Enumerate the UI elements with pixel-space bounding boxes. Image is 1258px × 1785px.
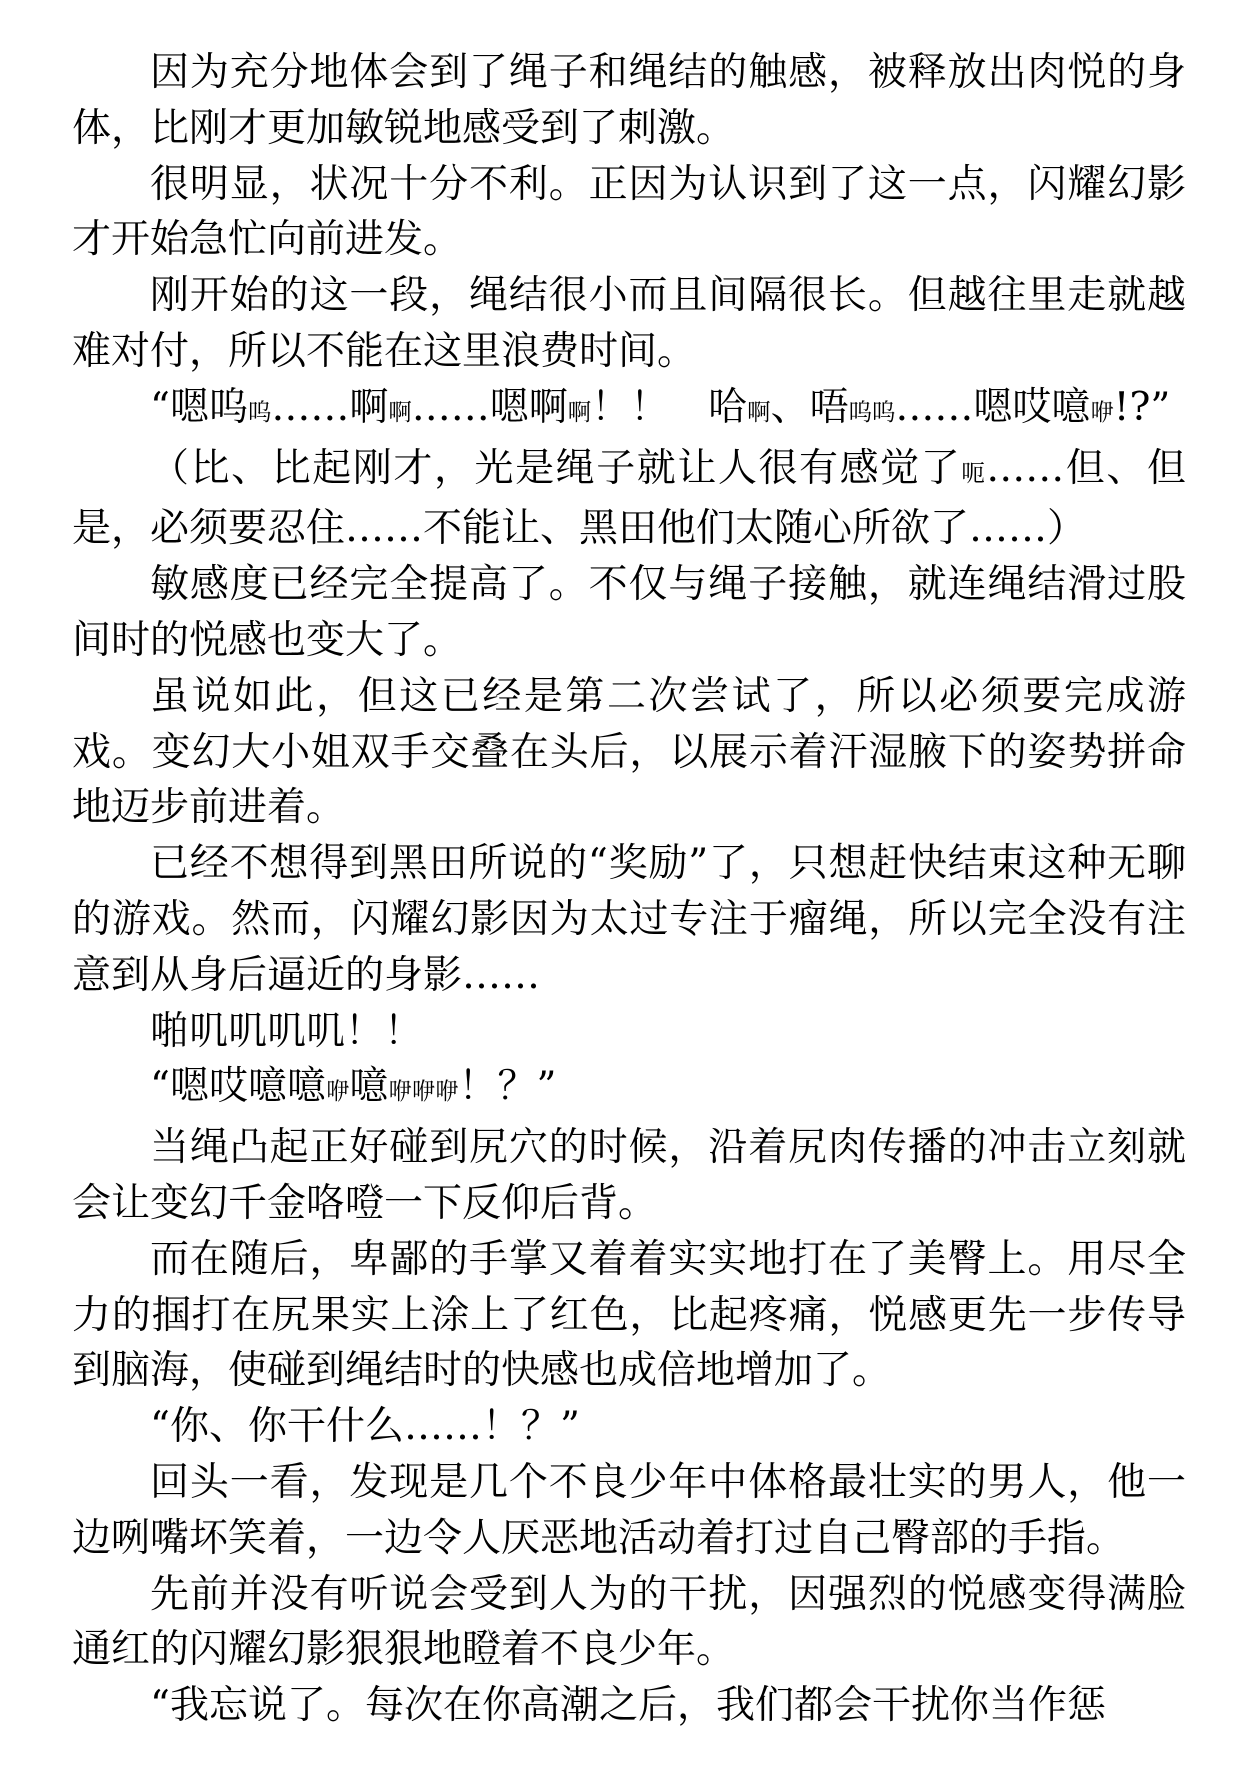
text-run: 因为充分地体会到了绳子和绳结的触感，被释放出肉悦的身体，比刚才更加敏锐地感受到了… [72,50,1186,151]
paragraph-narration: 虽说如此，但这已经是第二次尝试了，所以必须要完成游戏。变幻大小姐双手交叠在头后，… [72,669,1186,836]
text-run: ……嗯哎噫 [895,385,1090,430]
paragraph-dialogue: “嗯呜呜……啊啊……嗯啊啊！！ 哈啊、唔呜呜……嗯哎噫咿!?” [72,380,1186,441]
small-text-run: 呜 [248,398,271,426]
text-run: 先前并没有听说会受到人为的干扰，因强烈的悦感变得满脸通红的闪耀幻影狠狠地瞪着不良… [72,1572,1186,1673]
paragraph-narration: 很明显，状况十分不利。正因为认识到了这一点，闪耀幻影才开始急忙向前进发。 [72,157,1186,269]
novel-text-body: 因为充分地体会到了绳子和绳结的触感，被释放出肉悦的身体，比刚才更加敏锐地感受到了… [72,45,1186,1734]
text-run: 敏感度已经完全提高了。不仅与绳子接触，就连绳结滑过股间时的悦感也变大了。 [72,562,1186,663]
text-run: 刚开始的这一段，绳结很小而且间隔很长。但越往里走就越难对付，所以不能在这里浪费时… [72,273,1186,374]
text-run: ……嗯啊 [412,385,568,430]
text-run: “嗯哎噫噫 [150,1064,326,1109]
paragraph-narration: 先前并没有听说会受到人为的干扰，因强烈的悦感变得满脸通红的闪耀幻影狠狠地瞪着不良… [72,1567,1186,1679]
text-run: “我忘说了。每次在你高潮之后，我们都会干扰你当作惩 [150,1683,1106,1728]
paragraph-narration: 刚开始的这一段，绳结很小而且间隔很长。但越往里走就越难对付，所以不能在这里浪费时… [72,268,1186,380]
text-run: ……啊 [271,385,388,430]
text-run: 当绳凸起正好碰到尻穴的时候，沿着尻肉传播的冲击立刻就会让变幻千金咯噔一下反仰后背… [72,1125,1186,1226]
paragraph-narration: 而在随后，卑鄙的手掌又着着实实地打在了美臀上。用尽全力的掴打在尻果实上涂上了红色… [72,1232,1186,1399]
text-run: 虽说如此，但这已经是第二次尝试了，所以必须要完成游戏。变幻大小姐双手交叠在头后，… [72,674,1186,831]
text-run: 噫 [349,1064,388,1109]
text-run: ！！ 哈 [591,385,747,430]
paragraph-dialogue: “嗯哎噫噫咿噫咿咿咿！？” [72,1059,1186,1120]
paragraph-dialogue: “你、你干什么……！？” [72,1399,1186,1455]
text-run: 很明显，状况十分不利。正因为认识到了这一点，闪耀幻影才开始急忙向前进发。 [72,162,1186,263]
text-run: 而在随后，卑鄙的手掌又着着实实地打在了美臀上。用尽全力的掴打在尻果实上涂上了红色… [72,1237,1186,1394]
paragraph-narration: 敏感度已经完全提高了。不仅与绳子接触，就连绳结滑过股间时的悦感也变大了。 [72,557,1186,669]
small-text-run: 咿 [1090,398,1113,426]
small-text-run: 啊 [568,398,591,426]
text-run: 、唔 [771,385,849,430]
small-text-run: 呜呜 [849,398,896,426]
text-run: “嗯呜 [150,385,248,430]
small-text-run: 咿 [326,1077,349,1105]
small-text-run: 呃 [961,459,986,487]
paragraph-dialogue: “我忘说了。每次在你高潮之后，我们都会干扰你当作惩 [72,1678,1186,1734]
small-text-run: 啊 [388,398,411,426]
text-run: !?” [1114,385,1171,430]
text-run: （比、比起刚才，光是绳子就让人很有感觉了 [150,446,961,491]
paragraph-narration: 回头一看，发现是几个不良少年中体格最壮实的男人，他一边咧嘴坏笑着，一边令人厌恶地… [72,1455,1186,1567]
paragraph-sfx: 啪叽叽叽叽！！ [72,1004,1186,1060]
paragraph-thought: （比、比起刚才，光是绳子就让人很有感觉了呃……但、但是，必须要忍住……不能让、黑… [72,441,1186,558]
text-run: 啪叽叽叽叽！！ [150,1009,423,1054]
small-text-run: 咿咿咿 [388,1077,458,1105]
paragraph-narration: 已经不想得到黑田所说的“奖励”了，只想赶快结束这种无聊的游戏。然而，闪耀幻影因为… [72,836,1186,1003]
text-run: 回头一看，发现是几个不良少年中体格最壮实的男人，他一边咧嘴坏笑着，一边令人厌恶地… [72,1460,1186,1561]
document-page: 因为充分地体会到了绳子和绳结的触感，被释放出肉悦的身体，比刚才更加敏锐地感受到了… [0,0,1258,1785]
small-text-run: 啊 [747,398,770,426]
paragraph-narration: 因为充分地体会到了绳子和绳结的触感，被释放出肉悦的身体，比刚才更加敏锐地感受到了… [72,45,1186,157]
text-run: ！？” [459,1064,557,1109]
text-run: “你、你干什么……！？” [150,1404,580,1449]
text-run: 已经不想得到黑田所说的“奖励”了，只想赶快结束这种无聊的游戏。然而，闪耀幻影因为… [72,841,1186,998]
paragraph-narration: 当绳凸起正好碰到尻穴的时候，沿着尻肉传播的冲击立刻就会让变幻千金咯噔一下反仰后背… [72,1120,1186,1232]
